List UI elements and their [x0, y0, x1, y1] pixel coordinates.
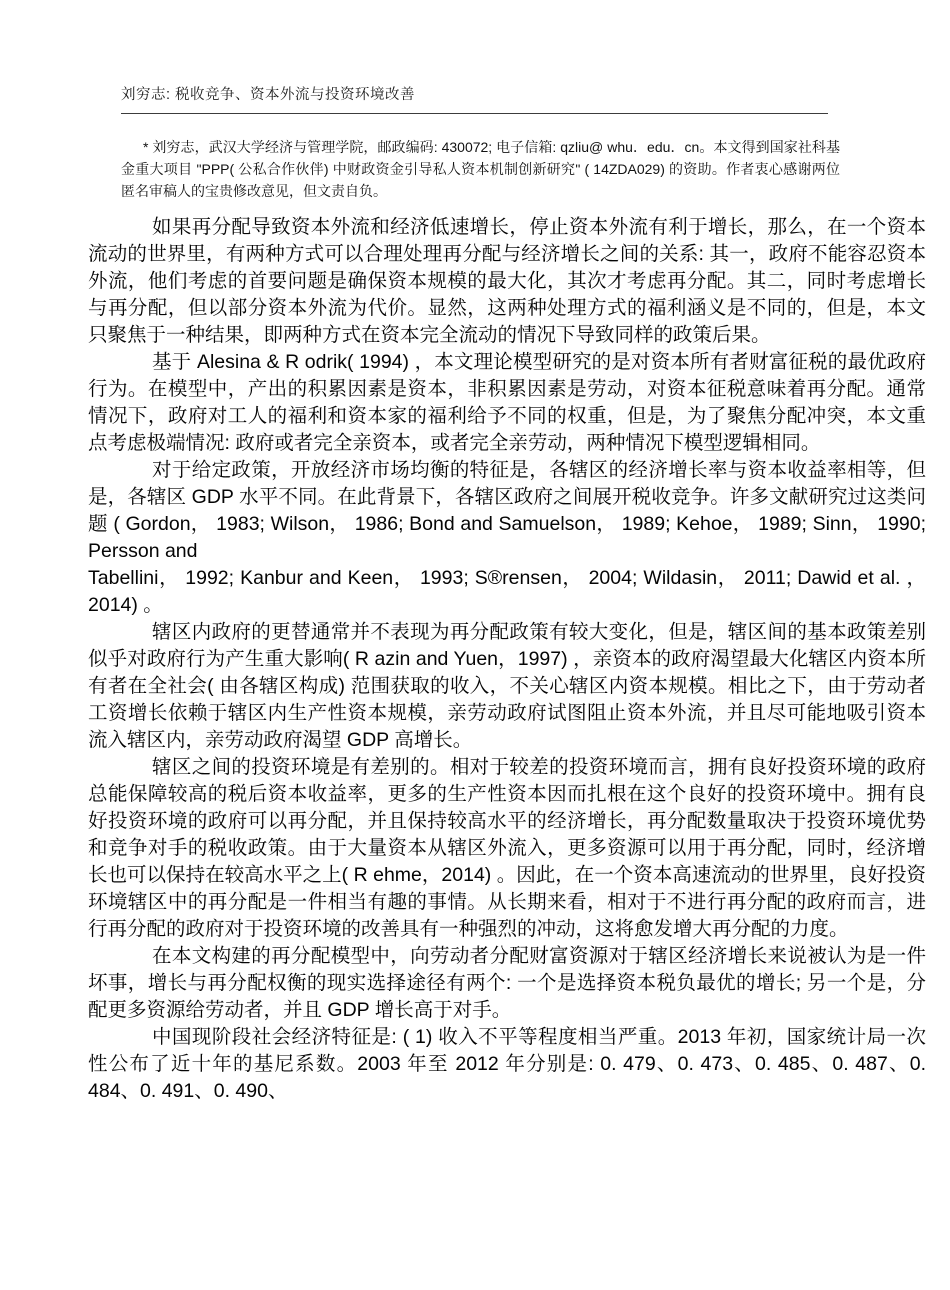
paragraph: 基于 Alesina & R odrik( 1994) ，本文理论模型研究的是对…: [88, 349, 926, 457]
article-body: 如果再分配导致资本外流和经济低速增长，停止资本外流有利于增长，那么，在一个资本流…: [88, 214, 926, 1105]
paragraph: 对于给定政策，开放经济市场均衡的特征是，各辖区的经济增长率与资本收益率相等，但是…: [88, 457, 926, 565]
paragraph: Tabellini， 1992; Kanbur and Keen， 1993; …: [88, 565, 926, 619]
paragraph: 辖区之间的投资环境是有差别的。相对于较差的投资环境而言，拥有良好投资环境的政府总…: [88, 754, 926, 943]
running-header: 刘穷志: 税收竞争、资本外流与投资环境改善: [121, 85, 840, 105]
paragraph: 在本文构建的再分配模型中，向劳动者分配财富资源对于辖区经济增长来说被认为是一件坏…: [88, 943, 926, 1024]
paragraph: 如果再分配导致资本外流和经济低速增长，停止资本外流有利于增长，那么，在一个资本流…: [88, 214, 926, 349]
author-footnote: * 刘穷志，武汉大学经济与管理学院，邮政编码: 430072; 电子信箱: qz…: [121, 136, 840, 202]
header-rule: [121, 113, 828, 114]
paragraph: 辖区内政府的更替通常并不表现为再分配政策有较大变化，但是，辖区间的基本政策差别似…: [88, 619, 926, 754]
paragraph: 中国现阶段社会经济特征是: ( 1) 收入不平等程度相当严重。2013 年初，国…: [88, 1024, 926, 1105]
paper-page: 刘穷志: 税收竞争、资本外流与投资环境改善 * 刘穷志，武汉大学经济与管理学院，…: [0, 0, 950, 1290]
